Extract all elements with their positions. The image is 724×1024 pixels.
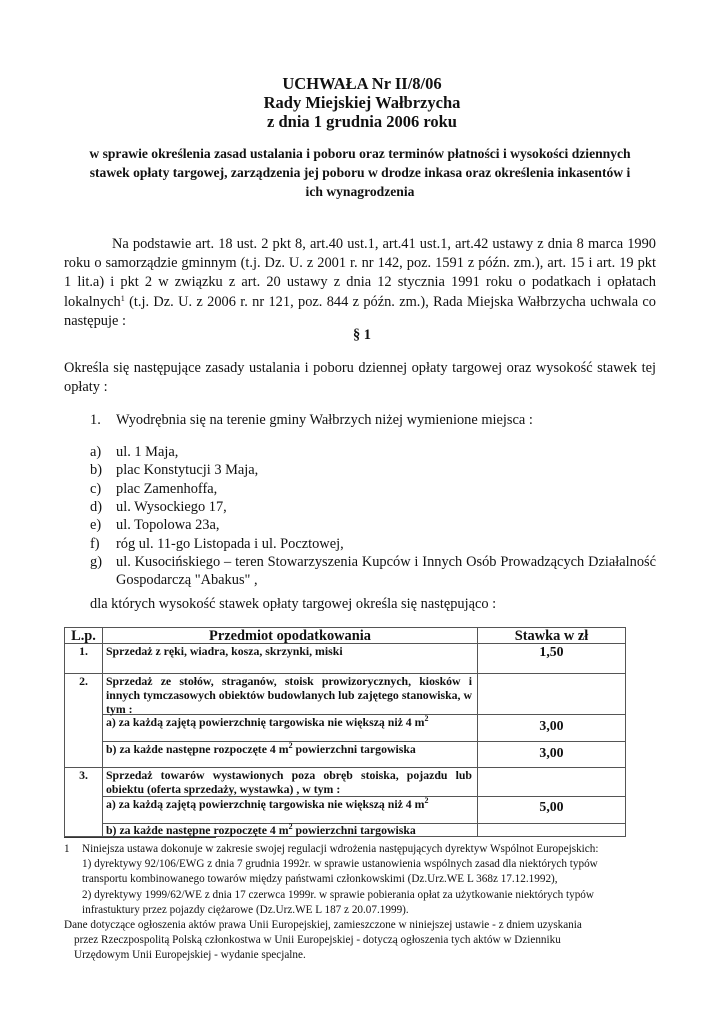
place-name: ul. Kusocińskiego – teren Stowarzyszenia…: [116, 553, 656, 590]
row-2-lp: 2.: [65, 675, 102, 689]
list-marker: d): [90, 498, 114, 516]
issuing-body: Rady Miejskiej Wałbrzycha: [0, 93, 724, 112]
list-item: b) plac Konstytucji 3 Maja,: [90, 461, 656, 479]
footnote-line: 2) dyrektywy 1999/62/WE z dnia 17 czerwc…: [82, 888, 594, 903]
subject-line-2: stawek opłaty targowej, zarządzenia jej …: [64, 163, 656, 182]
footnote-line: Niniejsza ustawa dokonuje w zakresie swo…: [82, 842, 598, 857]
preamble-part-2: (t.j. Dz. U. z 2006 r. nr 121, poz. 844 …: [64, 294, 656, 329]
subrow-text-after: powierzchni targowiska: [293, 823, 416, 837]
row-1-rate: 1,50: [478, 645, 625, 659]
row-3a-rate: 5,00: [478, 800, 625, 814]
place-name: ul. Topolowa 23a,: [116, 516, 656, 534]
section-intro: Określa się następujące zasady ustalania…: [64, 359, 656, 397]
row-1-desc: Sprzedaż z ręki, wiadra, kosza, skrzynki…: [106, 645, 472, 659]
list-marker: c): [90, 480, 114, 498]
row-3a-desc: a) za każdą zajętą powierzchnię targowis…: [106, 798, 472, 812]
place-name: plac Zamenhoffa,: [116, 480, 656, 498]
subject-line-1: w sprawie określenia zasad ustalania i p…: [64, 144, 656, 163]
point-1-text: Wyodrębnia się na terenie gminy Wałbrzyc…: [116, 411, 656, 429]
row-1-lp: 1.: [65, 645, 102, 659]
list-item: c) plac Zamenhoffa,: [90, 480, 656, 498]
footnote-line: infrastuktury przez pojazdy ciężarowe (D…: [82, 903, 409, 918]
list-item: g) ul. Kusocińskiego – teren Stowarzysze…: [90, 553, 656, 591]
subrow-text: a) za każdą zajętą powierzchnię targowis…: [106, 715, 424, 729]
notice-line: Dane dotyczące ogłoszenia aktów prawa Un…: [64, 918, 582, 933]
row-3b-desc: b) za każde następne rozpoczęte 4 m2 pow…: [106, 824, 472, 838]
list-marker: a): [90, 443, 114, 461]
list-item: f) róg ul. 11-go Listopada i ul. Pocztow…: [90, 535, 656, 553]
place-name: ul. Wysockiego 17,: [116, 498, 656, 516]
header-lp: L.p.: [65, 628, 102, 644]
footnote: 1 Niniejsza ustawa dokonuje w zakresie s…: [64, 842, 684, 962]
resolution-date: z dnia 1 grudnia 2006 roku: [0, 112, 724, 131]
document-page: UCHWAŁA Nr II/8/06 Rady Miejskiej Wałbrz…: [0, 0, 724, 1024]
row-2a-rate: 3,00: [478, 719, 625, 733]
section-heading: § 1: [0, 327, 724, 344]
subrow-text: a) za każdą zajętą powierzchnię targowis…: [106, 797, 424, 811]
list-marker: e): [90, 516, 114, 534]
notice-line: Urzędowym Unii Europejskiej - wydanie sp…: [74, 948, 306, 963]
point-1: 1. Wyodrębnia się na terenie gminy Wałbr…: [90, 411, 656, 431]
rates-intro: dla których wysokość stawek opłaty targo…: [90, 595, 656, 614]
row-2-desc: Sprzedaż ze stołów, straganów, stoisk pr…: [106, 675, 472, 716]
rates-table: L.p. Przedmiot opodatkowania Stawka w zł…: [64, 627, 626, 837]
place-name: ul. 1 Maja,: [116, 443, 656, 461]
subject-line-3: ich wynagrodzenia: [64, 182, 656, 201]
place-name: plac Konstytucji 3 Maja,: [116, 461, 656, 479]
footnote-separator: [64, 837, 216, 838]
place-name: róg ul. 11-go Listopada i ul. Pocztowej,: [116, 535, 656, 553]
list-marker: f): [90, 535, 114, 553]
column-divider: [102, 628, 103, 836]
superscript: 2: [424, 796, 428, 805]
list-marker: g): [90, 553, 114, 571]
row-3-lp: 3.: [65, 769, 102, 783]
row-2b-desc: b) za każde następne rozpoczęte 4 m2 pow…: [106, 743, 472, 757]
list-item: a) ul. 1 Maja,: [90, 443, 656, 461]
subrow-text-after: powierzchni targowiska: [293, 742, 416, 756]
notice-line: przez Rzeczpospolitą Polską członkostwa …: [74, 933, 561, 948]
footnote-line: 1) dyrektywy 92/106/EWG z dnia 7 grudnia…: [82, 857, 598, 872]
list-item: d) ul. Wysockiego 17,: [90, 498, 656, 516]
superscript: 2: [424, 714, 428, 723]
places-list: a) ul. 1 Maja, b) plac Konstytucji 3 Maj…: [90, 443, 656, 583]
resolution-number: UCHWAŁA Nr II/8/06: [0, 74, 724, 93]
subrow-text: b) za każde następne rozpoczęte 4 m: [106, 823, 289, 837]
row-3-desc: Sprzedaż towarów wystawionych poza obręb…: [106, 769, 472, 797]
footnote-number: 1: [64, 842, 70, 857]
row-2b-rate: 3,00: [478, 746, 625, 760]
header-subject: Przedmiot opodatkowania: [103, 628, 477, 644]
preamble: Na podstawie art. 18 ust. 2 pkt 8, art.4…: [64, 235, 656, 331]
header-rate: Stawka w zł: [478, 628, 625, 644]
row-2a-desc: a) za każdą zajętą powierzchnię targowis…: [106, 716, 472, 730]
list-item: e) ul. Topolowa 23a,: [90, 516, 656, 534]
point-1-number: 1.: [90, 411, 114, 429]
list-marker: b): [90, 461, 114, 479]
footnote-line: transportu kombinowanego towarów między …: [82, 872, 558, 887]
subrow-text: b) za każde następne rozpoczęte 4 m: [106, 742, 289, 756]
